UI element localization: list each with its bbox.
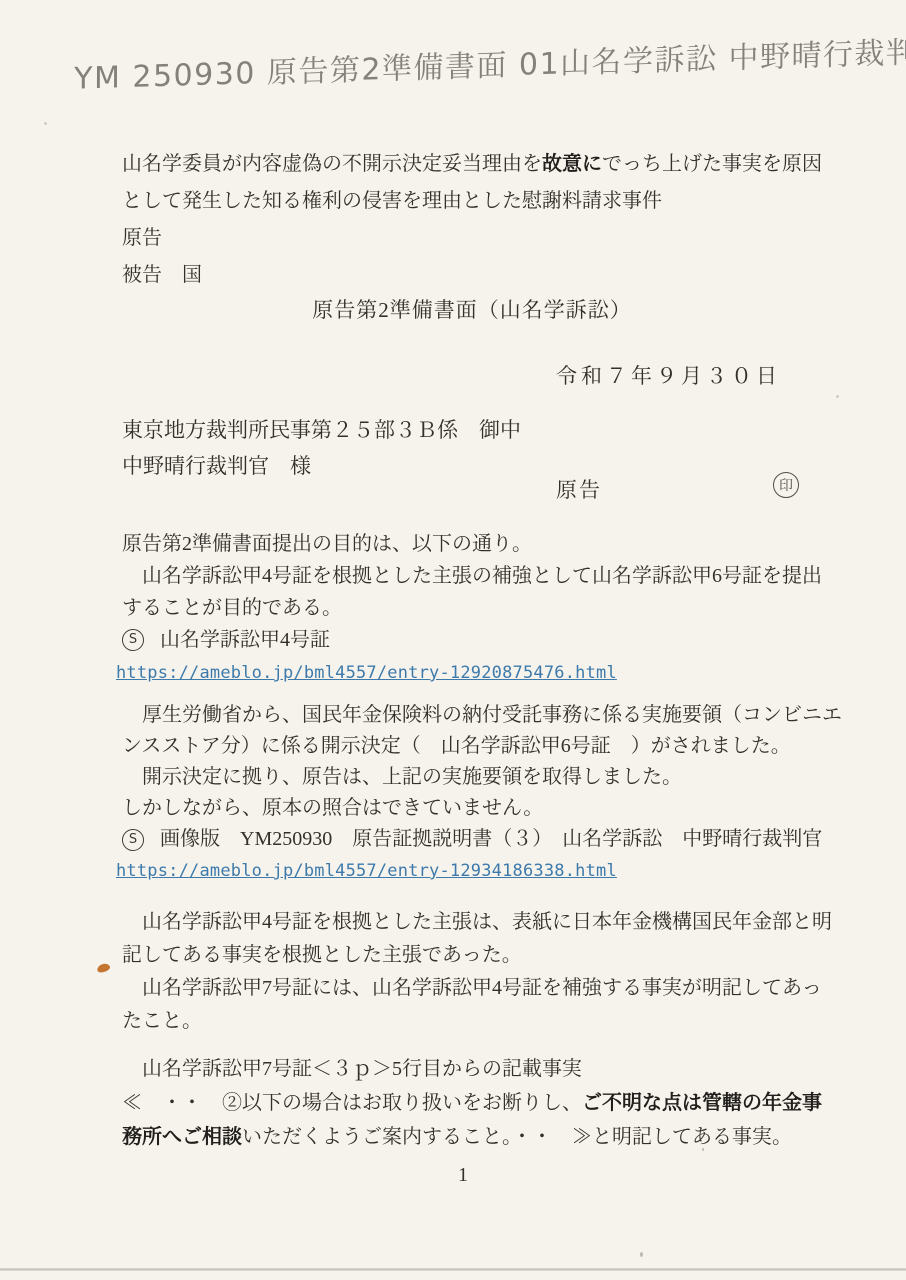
quote-heading: 山名学訴訟甲7号証＜３ｐ＞5行目からの記載事実 bbox=[122, 1052, 882, 1086]
caption-line-2: として発生した知る権利の侵害を理由とした慰謝料請求事件 bbox=[122, 183, 862, 220]
purpose-line-1: 原告第2準備書面提出の目的は、以下の通り。 bbox=[122, 528, 862, 560]
quote-line-2: 務所へご相談いただくようご案内すること。・・ ≫と明記してある事実。 bbox=[122, 1120, 882, 1154]
scanned-document-page: YM 250930 原告第2準備書面 01山名学訴訟 中野晴行裁判官 山名学委員… bbox=[0, 0, 906, 1280]
purpose-section: 原告第2準備書面提出の目的は、以下の通り。 山名学訴訟甲4号証を根拠とした主張の… bbox=[122, 528, 862, 689]
quote-line2-post: いただくようご案内すること。・・ ≫と明記してある事実。 bbox=[242, 1126, 792, 1148]
court-line: 東京地方裁判所民事第２５部３Ｂ係 御中 bbox=[122, 412, 521, 448]
case-caption: 山名学委員が内容虚偽の不開示決定妥当理由を故意にでっち上げた事実を原因 として発… bbox=[122, 146, 862, 294]
signature-row: 原告 印 bbox=[0, 474, 906, 504]
seal-glyph: 印 bbox=[779, 475, 793, 495]
document-title: 原告第2準備書面（山名学訴訟） bbox=[0, 294, 906, 324]
defendant-label: 被告 国 bbox=[122, 257, 862, 294]
purpose-line-3: することが目的である。 bbox=[122, 592, 862, 624]
evidence-item-kou4: S 山名学訴訟甲4号証 bbox=[122, 624, 862, 656]
document-date: 令和７年９月３０日 bbox=[556, 360, 781, 390]
kou4-argument-section: 山名学訴訟甲4号証を根拠とした主張は、表紙に日本年金機構国民年金部と明 記してあ… bbox=[122, 906, 862, 1038]
paper-fleck bbox=[702, 1148, 704, 1151]
circled-s-icon: S bbox=[122, 629, 144, 651]
ink-speck bbox=[96, 962, 111, 974]
quote-line1-bold: ご不明な点は管轄の年金事 bbox=[582, 1092, 822, 1114]
disclosure-section: 厚生労働省から、国民年金保険料の納付受託事務に係る実施要領（コンビニエ ンススト… bbox=[122, 700, 882, 887]
paper-fleck bbox=[640, 1252, 643, 1257]
handwritten-header: YM 250930 原告第2準備書面 01山名学訴訟 中野晴行裁判官 bbox=[74, 26, 906, 98]
kou4-line-4: たこと。 bbox=[122, 1005, 862, 1038]
paper-fleck bbox=[836, 395, 839, 398]
kou4-line-2: 記してある事実を根拠とした主張であった。 bbox=[122, 939, 862, 972]
caption-line-1: 山名学委員が内容虚偽の不開示決定妥当理由を故意にでっち上げた事実を原因 bbox=[122, 146, 862, 183]
quote-line2-bold: 務所へご相談 bbox=[122, 1126, 242, 1148]
quote-line1-pre: ≪ ・・ ②以下の場合はお取り扱いをお断りし、 bbox=[122, 1092, 582, 1114]
paper-fleck bbox=[44, 122, 47, 125]
quotation-section: 山名学訴訟甲7号証＜３ｐ＞5行目からの記載事実 ≪ ・・ ②以下の場合はお取り扱… bbox=[122, 1052, 882, 1154]
purpose-line-2: 山名学訴訟甲4号証を根拠とした主張の補強として山名学訴訟甲6号証を提出 bbox=[122, 560, 862, 592]
disclosure-line-2: ンスストア分）に係る開示決定（ 山名学訴訟甲6号証 ）がされました。 bbox=[122, 731, 882, 762]
plaintiff-label: 原告 bbox=[122, 220, 862, 257]
page-number: 1 bbox=[0, 1164, 906, 1187]
circled-s-icon: S bbox=[122, 829, 144, 851]
evidence-label-kou4: 山名学訴訟甲4号証 bbox=[160, 624, 330, 656]
circled-s-glyph: S bbox=[129, 824, 137, 855]
evidence-item-image-version: S 画像版 YM250930 原告証拠説明書（３） 山名学訴訟 中野晴行裁判官 bbox=[122, 824, 882, 855]
plaintiff-signature-label: 原告 bbox=[556, 474, 602, 504]
evidence-url-1[interactable]: https://ameblo.jp/bml4557/entry-12920875… bbox=[116, 657, 617, 689]
disclosure-line-1: 厚生労働省から、国民年金保険料の納付受託事務に係る実施要領（コンビニエ bbox=[122, 700, 882, 731]
evidence-url-2[interactable]: https://ameblo.jp/bml4557/entry-12934186… bbox=[116, 856, 617, 887]
seal-mark-icon: 印 bbox=[773, 472, 799, 498]
evidence-label-image-version: 画像版 YM250930 原告証拠説明書（３） 山名学訴訟 中野晴行裁判官 bbox=[160, 824, 822, 855]
disclosure-line-4: しかしながら、原本の照合はできていません。 bbox=[122, 793, 882, 824]
scan-edge-line bbox=[0, 1268, 906, 1271]
caption-line1-pre: 山名学委員が内容虚偽の不開示決定妥当理由を bbox=[122, 153, 542, 175]
quote-line-1: ≪ ・・ ②以下の場合はお取り扱いをお断りし、ご不明な点は管轄の年金事 bbox=[122, 1086, 882, 1120]
circled-s-glyph: S bbox=[129, 624, 137, 656]
disclosure-line-3: 開示決定に拠り、原告は、上記の実施要領を取得しました。 bbox=[122, 762, 882, 793]
kou4-line-3: 山名学訴訟甲7号証には、山名学訴訟甲4号証を補強する事実が明記してあっ bbox=[122, 972, 862, 1005]
kou4-line-1: 山名学訴訟甲4号証を根拠とした主張は、表紙に日本年金機構国民年金部と明 bbox=[122, 906, 862, 939]
caption-line1-post: でっち上げた事実を原因 bbox=[602, 153, 822, 175]
caption-line1-bold: 故意に bbox=[542, 153, 602, 175]
